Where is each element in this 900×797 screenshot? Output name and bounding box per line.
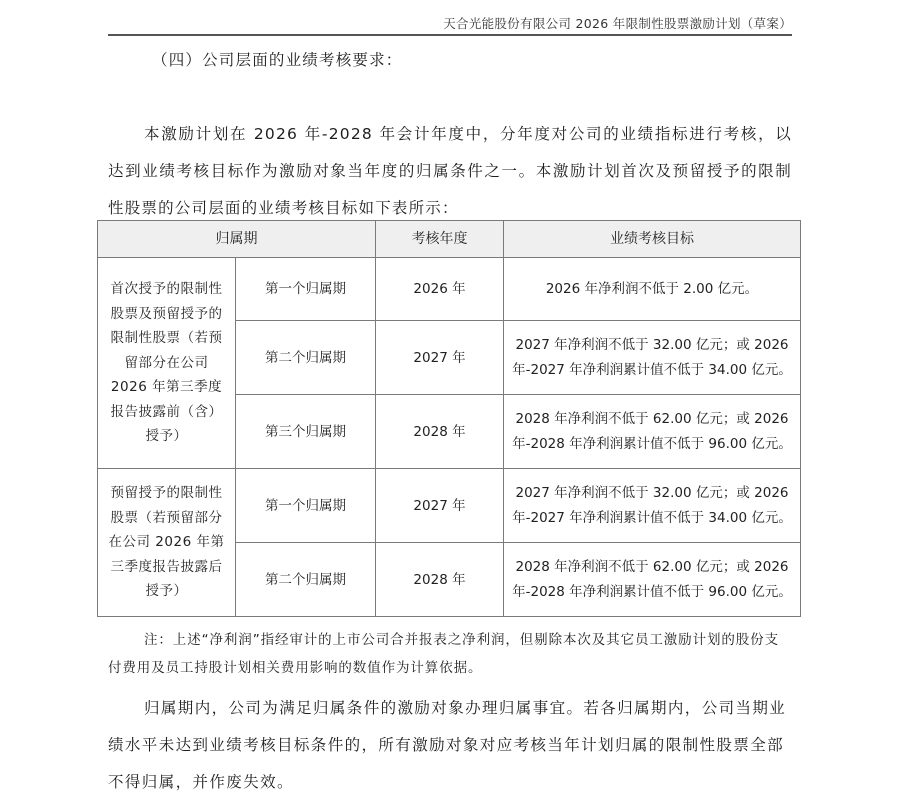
group-label-initial-grant: 首次授予的限制性股票及预留授予的限制性股票（若预留部分在公司 2026 年第三季… xyxy=(98,258,236,469)
section-heading: （四）公司层面的业绩考核要求： xyxy=(108,42,792,79)
cell-year: 2027 年 xyxy=(376,321,504,395)
header-divider xyxy=(108,34,792,36)
cell-year: 2028 年 xyxy=(376,395,504,469)
document-header-title: 天合光能股份有限公司 2026 年限制性股票激励计划（草案） xyxy=(108,14,792,32)
cell-period: 第一个归属期 xyxy=(236,258,376,321)
group-label-reserved-grant: 预留授予的限制性股票（若预留部分在公司 2026 年第三季度报告披露后授予） xyxy=(98,469,236,617)
cell-target: 2028 年净利润不低于 62.00 亿元；或 2026 年-2028 年净利润… xyxy=(504,395,801,469)
header-performance-target: 业绩考核目标 xyxy=(504,221,801,258)
cell-year: 2028 年 xyxy=(376,543,504,617)
cell-period: 第二个归属期 xyxy=(236,321,376,395)
table-row: 首次授予的限制性股票及预留授予的限制性股票（若预留部分在公司 2026 年第三季… xyxy=(98,258,801,321)
intro-paragraph: 本激励计划在 2026 年-2028 年会计年度中，分年度对公司的业绩指标进行考… xyxy=(108,116,792,227)
cell-target: 2027 年净利润不低于 32.00 亿元；或 2026 年-2027 年净利润… xyxy=(504,321,801,395)
cell-period: 第三个归属期 xyxy=(236,395,376,469)
table-header-row: 归属期 考核年度 业绩考核目标 xyxy=(98,221,801,258)
header-assessment-year: 考核年度 xyxy=(376,221,504,258)
header-vesting-period: 归属期 xyxy=(98,221,376,258)
cell-period: 第二个归属期 xyxy=(236,543,376,617)
closing-paragraph: 归属期内，公司为满足归属条件的激励对象办理归属事宜。若各归属期内，公司当期业绩水… xyxy=(108,690,792,797)
cell-year: 2027 年 xyxy=(376,469,504,543)
cell-target: 2026 年净利润不低于 2.00 亿元。 xyxy=(504,258,801,321)
performance-target-table: 归属期 考核年度 业绩考核目标 首次授予的限制性股票及预留授予的限制性股票（若预… xyxy=(97,220,801,617)
cell-year: 2026 年 xyxy=(376,258,504,321)
cell-target: 2028 年净利润不低于 62.00 亿元；或 2026 年-2028 年净利润… xyxy=(504,543,801,617)
cell-target: 2027 年净利润不低于 32.00 亿元；或 2026 年-2027 年净利润… xyxy=(504,469,801,543)
table-footnote: 注：上述“净利润”指经审计的上市公司合并报表之净利润，但剔除本次及其它员工激励计… xyxy=(108,626,792,682)
table-row: 预留授予的限制性股票（若预留部分在公司 2026 年第三季度报告披露后授予） 第… xyxy=(98,469,801,543)
cell-period: 第一个归属期 xyxy=(236,469,376,543)
